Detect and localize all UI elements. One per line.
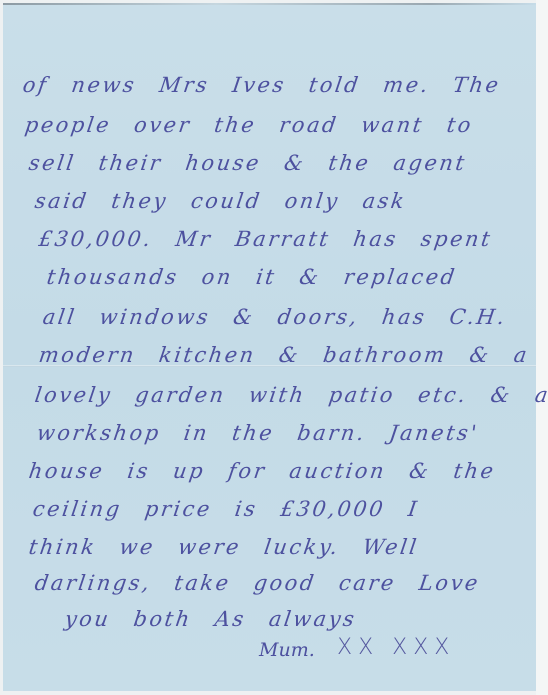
page-top-edge — [3, 3, 536, 5]
letter-line-6: thousands on it & replaced — [45, 265, 458, 289]
letter-line-1: of news Mrs Ives told me. The — [21, 73, 502, 97]
letter-line-12: ceiling price is £30,000 I — [31, 497, 420, 521]
letter-line-13: think we were lucky. Well — [27, 535, 420, 559]
letter-line-4: said they could only ask — [33, 189, 408, 213]
kisses: XX XXX — [337, 635, 455, 660]
letter-line-3: sell their house & the agent — [27, 151, 468, 175]
letter-line-14: darlings, take good care Love — [33, 571, 481, 595]
letter-line-2: people over the road want to — [23, 113, 474, 137]
letter-line-15: you both As always — [63, 607, 358, 631]
letter-line-5: £30,000. Mr Barratt has spent — [37, 227, 493, 251]
letter-line-7: all windows & doors, has C.H. — [41, 305, 508, 329]
signature: Mum. — [259, 639, 315, 661]
letter-line-10: workshop in the barn. Janets' — [35, 421, 480, 445]
letter-line-9: lovely garden with patio etc. & a — [33, 383, 548, 407]
letter-page: of news Mrs Ives told me. The people ove… — [3, 3, 536, 691]
scan-margin — [536, 0, 548, 695]
letter-line-11: house is up for auction & the — [27, 459, 497, 483]
letter-line-8: modern kitchen & bathroom & a — [37, 343, 530, 367]
